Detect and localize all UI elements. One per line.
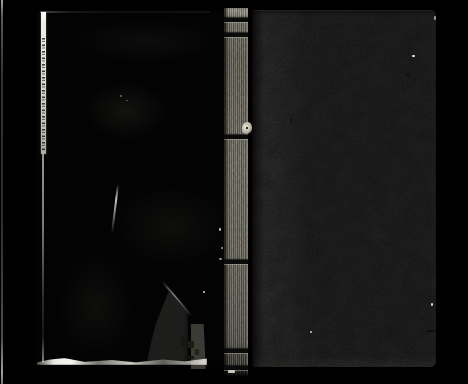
speck (340, 23, 344, 25)
speck (434, 16, 436, 20)
speck (120, 95, 122, 97)
spine (224, 8, 248, 376)
speck (228, 370, 235, 373)
speck (290, 118, 292, 123)
stitch-band (224, 135, 248, 139)
speck (219, 228, 221, 231)
left-cover-top-edge-highlight (40, 11, 210, 13)
speck (185, 356, 194, 359)
stitch-band (224, 33, 248, 37)
speck (188, 341, 194, 348)
speck (195, 349, 199, 355)
speck (402, 81, 404, 83)
speck (221, 247, 223, 249)
speck (219, 258, 222, 260)
knot-dot (246, 127, 248, 129)
speck (431, 303, 433, 306)
book-photo (0, 0, 468, 384)
speck (413, 79, 416, 81)
spine-texture (224, 8, 248, 376)
stitch-band (224, 18, 248, 22)
speck (406, 73, 410, 76)
stitch-knot (242, 122, 252, 135)
cover-texture (252, 10, 436, 367)
stitch-band (224, 349, 248, 353)
scan-edge-line (1, 0, 3, 384)
speck (181, 337, 185, 346)
stitch-band (224, 260, 248, 264)
speck (412, 55, 415, 57)
title-label-strip (41, 12, 46, 154)
speck (310, 331, 312, 333)
right-cover (252, 10, 436, 367)
cover-edge-highlight (42, 152, 44, 362)
speck (203, 291, 205, 293)
speck (126, 100, 128, 101)
speck (426, 330, 435, 332)
title-label-character-marks (42, 38, 45, 150)
